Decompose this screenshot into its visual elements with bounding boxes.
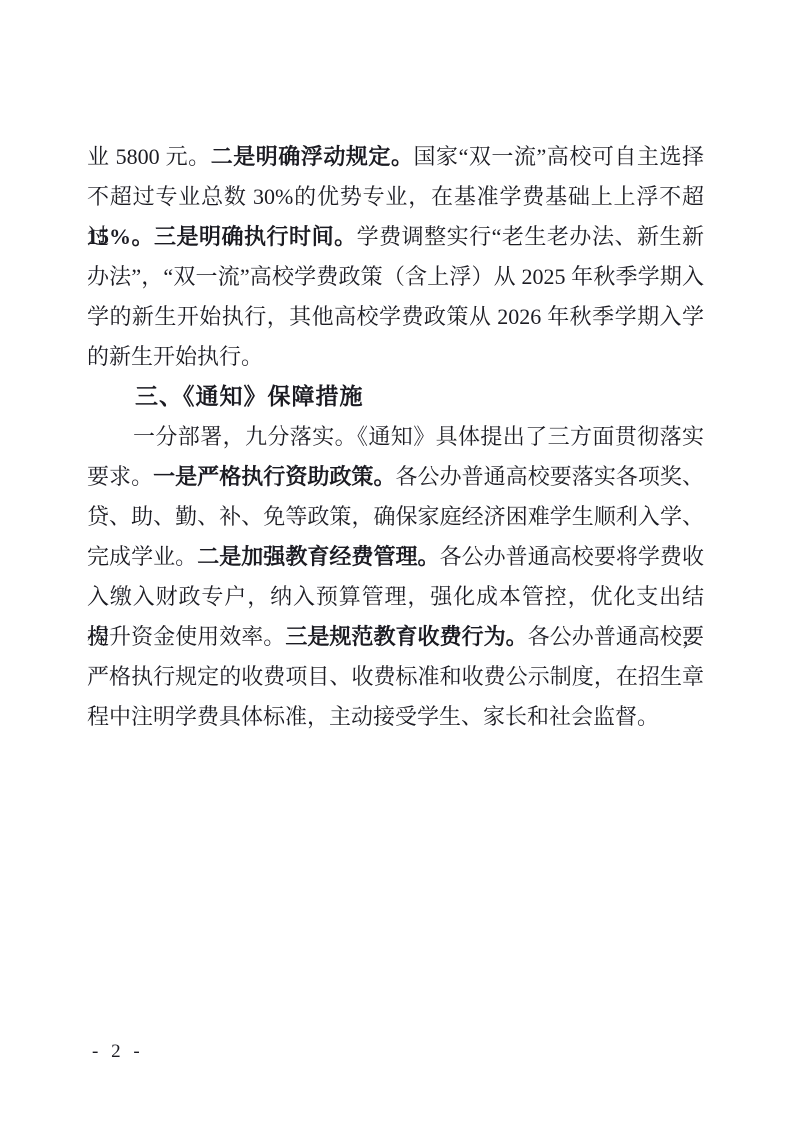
text-segment: 三、《通知》保障措施 [135, 384, 364, 409]
text-line: 贷、助、勤、补、免等政策，确保家庭经济困难学生顺利入学、 [87, 497, 704, 537]
text-segment: 要求。 [87, 464, 153, 489]
text-segment: 国家“双一流”高校可自主选择 [414, 144, 704, 169]
text-segment: 15%。 [87, 224, 154, 249]
text-segment: 程中注明学费具体标准，主动接受学生、家长和社会监督。 [87, 704, 659, 729]
text-segment: 的新生开始执行。 [87, 344, 263, 369]
text-line: 要求。一是严格执行资助政策。各公办普通高校要落实各项奖、 [87, 457, 704, 497]
text-segment: 一分部署，九分落实。《通知》具体提出了三方面贯彻落实 [133, 424, 704, 449]
text-segment: 学的新生开始执行，其他高校学费政策从 2026 年秋季学期入学 [87, 304, 704, 329]
text-segment: 提升资金使用效率。 [87, 624, 285, 649]
text-line: 一分部署，九分落实。《通知》具体提出了三方面贯彻落实 [87, 417, 704, 457]
text-line: 办法”，“双一流”高校学费政策（含上浮）从 2025 年秋季学期入 [87, 257, 704, 297]
text-line: 严格执行规定的收费项目、收费标准和收费公示制度，在招生章 [87, 657, 704, 697]
text-line: 的新生开始执行。 [87, 337, 704, 377]
section-heading: 三、《通知》保障措施 [87, 377, 704, 417]
text-segment: 学费调整实行“老生老办法、新生新 [357, 224, 704, 249]
page-number: - 2 - [92, 1040, 144, 1064]
text-segment: 二是明确浮动规定。 [211, 144, 414, 169]
text-line: 程中注明学费具体标准，主动接受学生、家长和社会监督。 [87, 697, 704, 737]
document-page: 业 5800 元。二是明确浮动规定。国家“双一流”高校可自主选择不超过专业总数 … [0, 0, 792, 1121]
document-body: 业 5800 元。二是明确浮动规定。国家“双一流”高校可自主选择不超过专业总数 … [87, 137, 704, 737]
text-line: 完成学业。二是加强教育经费管理。各公办普通高校要将学费收 [87, 537, 704, 577]
text-segment: 各公办普通高校要 [528, 624, 704, 649]
text-segment: 各公办普通高校要将学费收 [440, 544, 704, 569]
text-segment: 完成学业。 [87, 544, 197, 569]
text-line: 业 5800 元。二是明确浮动规定。国家“双一流”高校可自主选择 [87, 137, 704, 177]
text-segment: 业 5800 元。 [87, 144, 211, 169]
text-line: 入缴入财政专户，纳入预算管理，强化成本管控，优化支出结构， [87, 577, 704, 617]
text-segment: 严格执行规定的收费项目、收费标准和收费公示制度，在招生章 [87, 664, 704, 689]
text-line: 学的新生开始执行，其他高校学费政策从 2026 年秋季学期入学 [87, 297, 704, 337]
text-segment: 三是规范教育收费行为。 [285, 624, 527, 649]
text-line: 不超过专业总数 30%的优势专业，在基准学费基础上上浮不超过 [87, 177, 704, 217]
text-segment: 二是加强教育经费管理。 [197, 544, 439, 569]
text-segment: 一是严格执行资助政策。 [153, 464, 395, 489]
text-line: 提升资金使用效率。三是规范教育收费行为。各公办普通高校要 [87, 617, 704, 657]
text-segment: 贷、助、勤、补、免等政策，确保家庭经济困难学生顺利入学、 [87, 504, 704, 529]
text-line: 15%。三是明确执行时间。学费调整实行“老生老办法、新生新 [87, 217, 704, 257]
text-segment: 各公办普通高校要落实各项奖、 [396, 464, 704, 489]
text-segment: 三是明确执行时间。 [154, 224, 357, 249]
text-segment: 办法”，“双一流”高校学费政策（含上浮）从 2025 年秋季学期入 [87, 264, 704, 289]
